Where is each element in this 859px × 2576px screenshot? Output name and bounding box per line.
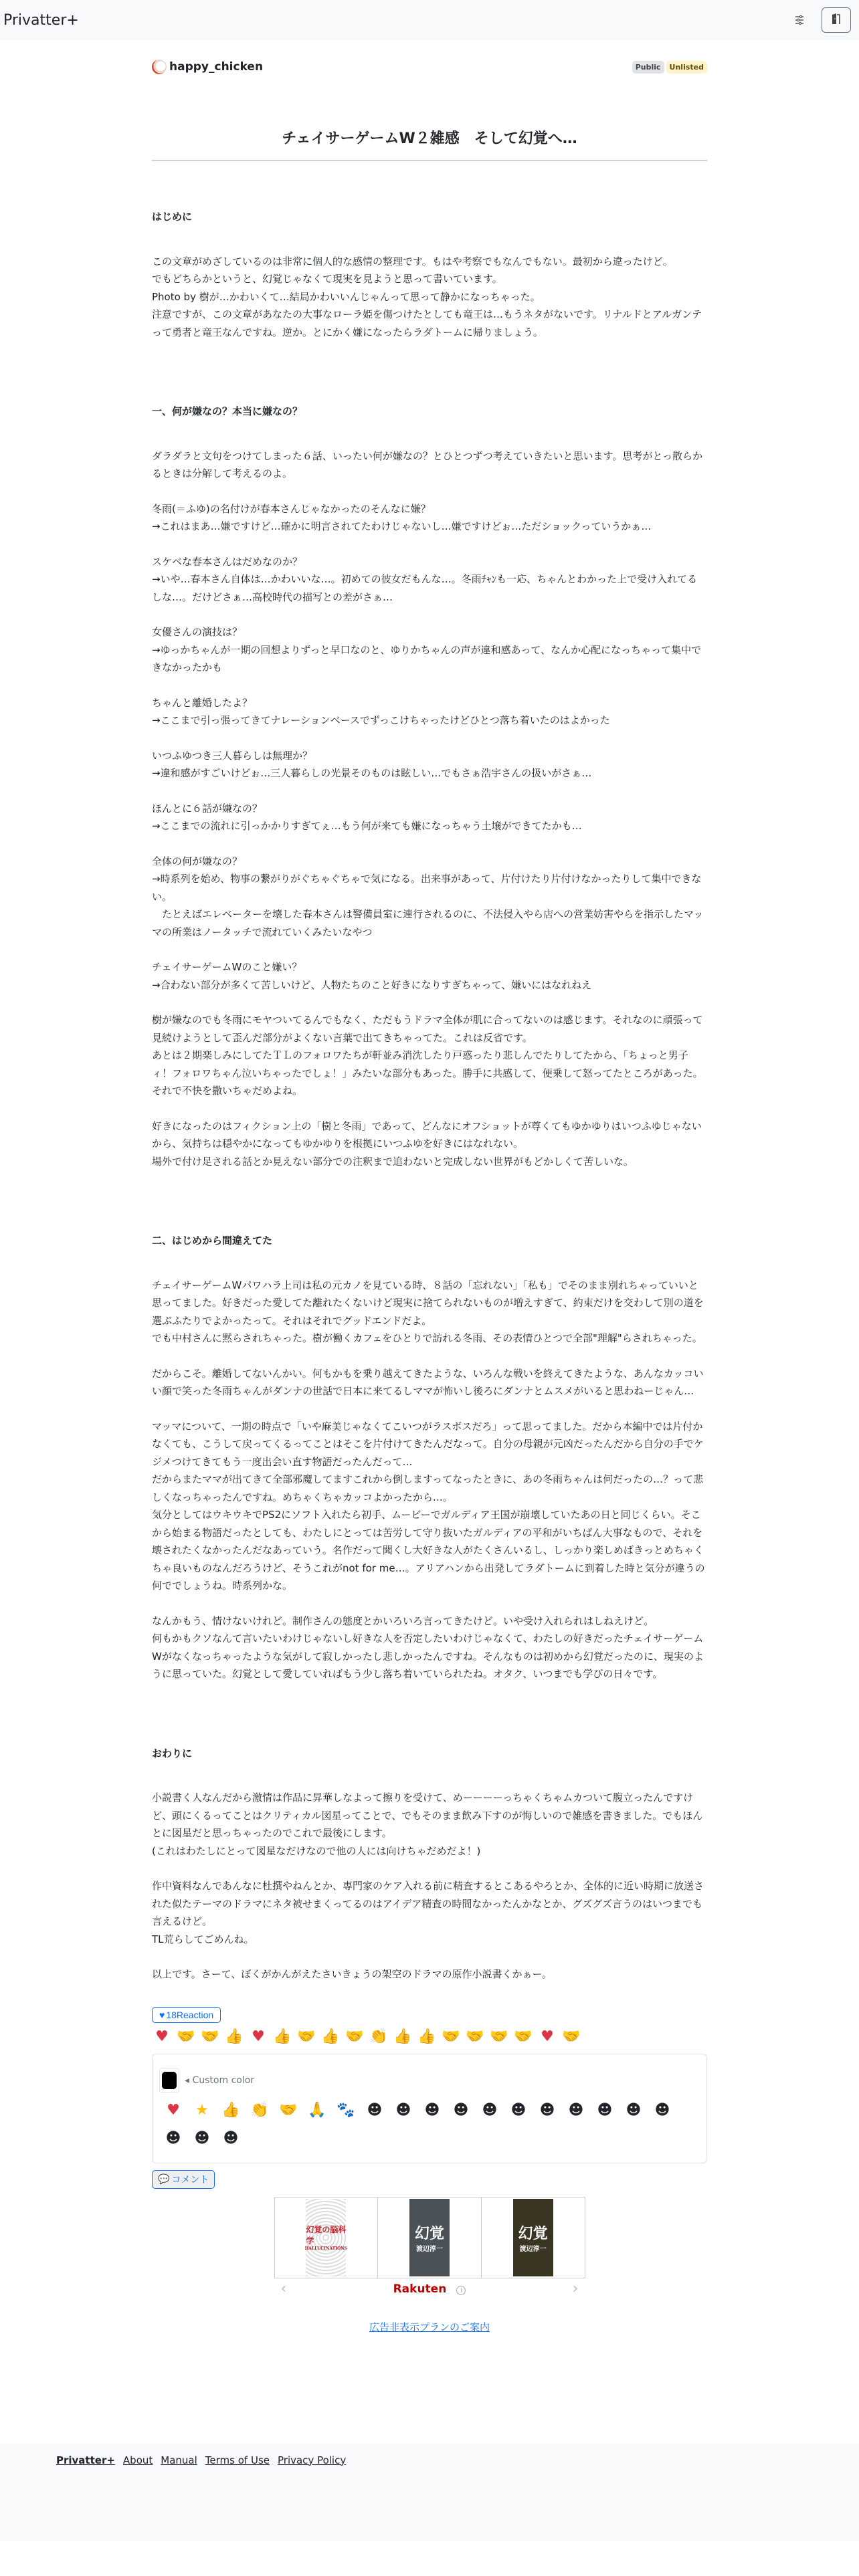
smile-icon[interactable]: ☻	[364, 2100, 385, 2121]
paragraph: チェイサーゲームWパワハラ上司は私の元カノを見ている時、８話の「忘れない」「私も…	[152, 1277, 707, 1348]
wink-icon[interactable]: ☻	[393, 2100, 414, 2121]
paragraph: ダラダラと文句をつけてしまった６話、いったい何が嫌なの？とひとつずつ考えていきた…	[152, 447, 707, 483]
handshake-icon[interactable]: 🤝	[278, 2100, 299, 2121]
badge-public: Public	[632, 61, 664, 74]
paragraph: 全体の何が嫌なの？ →時系列を始め、物事の繋がりがぐちゃぐちゃで気になる。出来事…	[152, 853, 707, 942]
grin-stars-icon[interactable]: ☻	[652, 2100, 673, 2121]
handshake-icon[interactable]: 🤝	[176, 2027, 196, 2047]
paragraph: 冬雨(＝ふゆ)の名付けが春本さんじゃなかったのそんなに嫌？ →これはまあ…嫌です…	[152, 500, 707, 536]
color-picker-input[interactable]	[159, 2068, 179, 2093]
brand-link[interactable]: Privatter+	[3, 12, 79, 29]
info-icon[interactable]: i	[456, 2286, 466, 2295]
custom-color-label[interactable]: ◂ Custom color	[185, 2075, 254, 2086]
book-subtitle: HALLUCINATIONS	[305, 2246, 347, 2251]
clapping-hands-icon[interactable]: 👏	[249, 2100, 270, 2121]
clapping-hands-icon[interactable]: 👏	[369, 2027, 389, 2047]
thumbs-up-icon[interactable]: 👍	[393, 2027, 413, 2047]
smile-beam-icon[interactable]: ☻	[421, 2100, 443, 2121]
author-name: happy_chicken	[169, 60, 263, 74]
door-icon	[831, 13, 842, 27]
handshake-icon[interactable]: 🤝	[513, 2027, 533, 2047]
star-icon[interactable]: ★	[191, 2100, 213, 2121]
grin-beam-icon[interactable]: ☻	[537, 2100, 558, 2121]
badge-unlisted: Unlisted	[666, 61, 707, 74]
paragraph: チェイサーゲームWのこと嫌い？ →合わない部分が多くて苦しいけど、人物たちのこと…	[152, 958, 707, 994]
handshake-icon[interactable]: 🤝	[441, 2027, 461, 2047]
laugh-squint-icon[interactable]: ☻	[508, 2100, 529, 2121]
thumbs-up-icon[interactable]: 👍	[220, 2100, 242, 2121]
author-link[interactable]: happy_chicken	[152, 60, 263, 74]
footer-link-manual[interactable]: Manual	[161, 2454, 197, 2466]
handshake-icon[interactable]: 🤝	[489, 2027, 509, 2047]
book-author: 渡辺淳一	[416, 2243, 443, 2253]
emoji-grid: ♥★👍👏🤝🙏🐾☻☻☻☻☻☻☻☻☻☻☻☻☻☻	[159, 2100, 694, 2149]
footer-link-about[interactable]: About	[123, 2454, 153, 2466]
laugh-icon[interactable]: ☻	[565, 2100, 587, 2121]
grin-big-icon[interactable]: ☻	[220, 2128, 242, 2149]
footer-link-terms[interactable]: Terms of Use	[205, 2454, 270, 2466]
book-cover: 幻覚 渡辺淳一	[409, 2199, 450, 2276]
color-swatch	[162, 2072, 177, 2089]
custom-color-row: ◂ Custom color	[159, 2068, 694, 2093]
chat-bubble-icon: 💬	[158, 2173, 169, 2185]
paragraph: ほんとに６話が嫌なの？ →ここまでの流れに引っかかりすぎてぇ…もう何が来ても嫌に…	[152, 800, 707, 835]
navbar: Privatter+	[0, 0, 859, 40]
paragraph: 好きになったのはフィクション上の「樹と冬雨」であって、どんなにオフショットが尊く…	[152, 1117, 707, 1171]
post-title: チェイサーゲームW２雑感 そして幻覚へ…	[152, 127, 707, 148]
reaction-count-label: 18Reaction	[166, 2010, 213, 2020]
thumbs-up-icon[interactable]: 👍	[224, 2027, 244, 2047]
footer: Privatter+ About Manual Terms of Use Pri…	[0, 2444, 859, 2541]
rolling-laugh-icon[interactable]: ☻	[163, 2128, 184, 2149]
paragraph: 樹が嫌なのでも冬雨にモヤついてるんでもなく、ただもうドラマ全体が肌に合ってないの…	[152, 1011, 707, 1100]
kiss-wink-heart-icon[interactable]: ☻	[594, 2100, 615, 2121]
post-container: happy_chicken Public Unlisted チェイサーゲームW２…	[152, 57, 707, 2334]
paragraph: だからこそ。離婚してないんかい。何もかもを乗り越えてきたような、いろんな戦いを終…	[152, 1365, 707, 1400]
avatar	[152, 60, 167, 74]
reaction-list: ♥🤝🤝👍♥👍🤝👍🤝👏👍👍🤝🤝🤝🤝♥🤝	[152, 2027, 707, 2047]
adfree-section: 広告非表示プランのご案内	[152, 2320, 707, 2334]
section-heading: はじめに	[152, 208, 707, 226]
comment-label: コメント	[171, 2173, 209, 2186]
paragraph: なんかもう、情けないけれど。制作さんの態度とかいろいろ言ってきたけど。いや受け入…	[152, 1612, 707, 1683]
ad-book-2[interactable]: 幻覚 渡辺淳一	[378, 2197, 482, 2278]
laugh-beam-icon[interactable]: ☻	[623, 2100, 644, 2121]
section-heading: おわりに	[152, 1745, 707, 1763]
adfree-plan-link[interactable]: 広告非表示プランのご案内	[369, 2321, 490, 2333]
logout-button[interactable]	[822, 7, 851, 33]
heart-icon[interactable]: ♥	[163, 2100, 184, 2121]
paragraph: スケベな春本さんはだめなのか？ →いや…春本さん自体は…かわいいな…。初めての彼…	[152, 553, 707, 607]
ad-book-3[interactable]: 幻覚 渡辺淳一	[482, 2197, 585, 2278]
book-title: 幻覚	[518, 2222, 548, 2243]
book-title: 幻覚の脳科学	[306, 2224, 346, 2246]
ad-nav: ‹ Rakuten i ›	[274, 2278, 585, 2300]
paragraph: 小説書く人なんだから激情は作品に昇華しなよって擦りを受けて、めーーーーっちゃくち…	[152, 1789, 707, 1860]
paragraph: ちゃんと離婚したよ？ →ここまで引っ張ってきてナレーションベースでずっこけちゃっ…	[152, 694, 707, 730]
praying-hands-icon[interactable]: 🙏	[306, 2100, 328, 2121]
chevron-left-icon[interactable]: ‹	[281, 2280, 287, 2297]
ad-book-1[interactable]: 幻覚の脳科学 HALLUCINATIONS	[275, 2197, 379, 2278]
heart-icon[interactable]: ♥	[537, 2027, 557, 2047]
grin-icon[interactable]: ☻	[479, 2100, 500, 2121]
post-body: はじめにこの文章がめざしているのは非常に個人的な感情の整理です。もはや考察でもな…	[152, 208, 707, 1983]
paragraph: いつふゆつき三人暮らしは無理か？ →違和感がすごいけどぉ…三人暮らしの光景そのも…	[152, 747, 707, 782]
reaction-picker: ◂ Custom color ♥★👍👏🤝🙏🐾☻☻☻☻☻☻☻☻☻☻☻☻☻☻	[152, 2054, 707, 2163]
nav-actions	[792, 7, 851, 33]
handshake-icon[interactable]: 🤝	[200, 2027, 220, 2047]
handshake-icon[interactable]: 🤝	[465, 2027, 485, 2047]
title-divider	[152, 160, 707, 161]
sliders-icon[interactable]	[792, 13, 807, 27]
handshake-icon[interactable]: 🤝	[345, 2027, 365, 2047]
footer-link-privacy[interactable]: Privacy Policy	[278, 2454, 346, 2466]
chevron-right-icon[interactable]: ›	[573, 2280, 579, 2297]
paragraph: 女優さんの演技は？ →ゆっかちゃんが一期の回想よりずっと早口なのと、ゆりかちゃん…	[152, 623, 707, 677]
paragraph: この文章がめざしているのは非常に個人的な感情の整理です。もはや考察でもなんでもな…	[152, 253, 707, 342]
post-meta: happy_chicken Public Unlisted	[152, 57, 707, 77]
handshake-icon[interactable]: 🤝	[296, 2027, 316, 2047]
heart-icon: ♥	[159, 2010, 165, 2020]
book-cover: 幻覚 渡辺淳一	[513, 2199, 553, 2276]
visibility-badges: Public Unlisted	[632, 61, 707, 74]
comment-button[interactable]: 💬 コメント	[152, 2170, 215, 2189]
rakuten-logo[interactable]: Rakuten	[393, 2282, 447, 2296]
heart-icon[interactable]: ♥	[248, 2027, 268, 2047]
rakuten-ad: 幻覚の脳科学 HALLUCINATIONS 幻覚 渡辺淳一 幻覚 渡辺淳一 ‹	[274, 2197, 585, 2300]
grin-hearts-icon[interactable]: ☻	[191, 2128, 213, 2149]
book-title: 幻覚	[415, 2222, 444, 2243]
thumbs-up-icon[interactable]: 👍	[417, 2027, 437, 2047]
paragraph: 以上です。さーて、ぼくがかんがえたさいきょうの架空のドラマの原作小説書くかぁー。	[152, 1965, 707, 1983]
ad-provider: Rakuten i	[393, 2282, 466, 2296]
book-author: 渡辺淳一	[520, 2243, 547, 2253]
ad-books: 幻覚の脳科学 HALLUCINATIONS 幻覚 渡辺淳一 幻覚 渡辺淳一	[274, 2197, 585, 2278]
thumbs-up-icon[interactable]: 👍	[320, 2027, 341, 2047]
heart-icon[interactable]: ♥	[152, 2027, 172, 2047]
handshake-icon[interactable]: 🤝	[561, 2027, 581, 2047]
book-cover: 幻覚の脳科学 HALLUCINATIONS	[306, 2199, 346, 2276]
paragraph: 作中資料なんであんなに杜撰やねんとか、専門家のケア入れる前に精査するとこあるやろ…	[152, 1877, 707, 1948]
custom-color-text: Custom color	[192, 2075, 254, 2086]
reaction-button[interactable]: ♥ 18Reaction	[152, 2007, 221, 2023]
paragraph: マッマについて、一期の時点で「いや麻美じゃなくてこいつがラスボスだろ」って思って…	[152, 1418, 707, 1595]
thumbs-up-icon[interactable]: 👍	[272, 2027, 292, 2047]
footer-brand-link[interactable]: Privatter+	[56, 2454, 115, 2466]
section-heading: 二、はじめから間違えてた	[152, 1232, 707, 1250]
paw-icon[interactable]: 🐾	[335, 2100, 357, 2121]
grin-tears-icon[interactable]: ☻	[450, 2100, 472, 2121]
section-heading: 一、何が嫌なの？本当に嫌なの？	[152, 403, 707, 421]
